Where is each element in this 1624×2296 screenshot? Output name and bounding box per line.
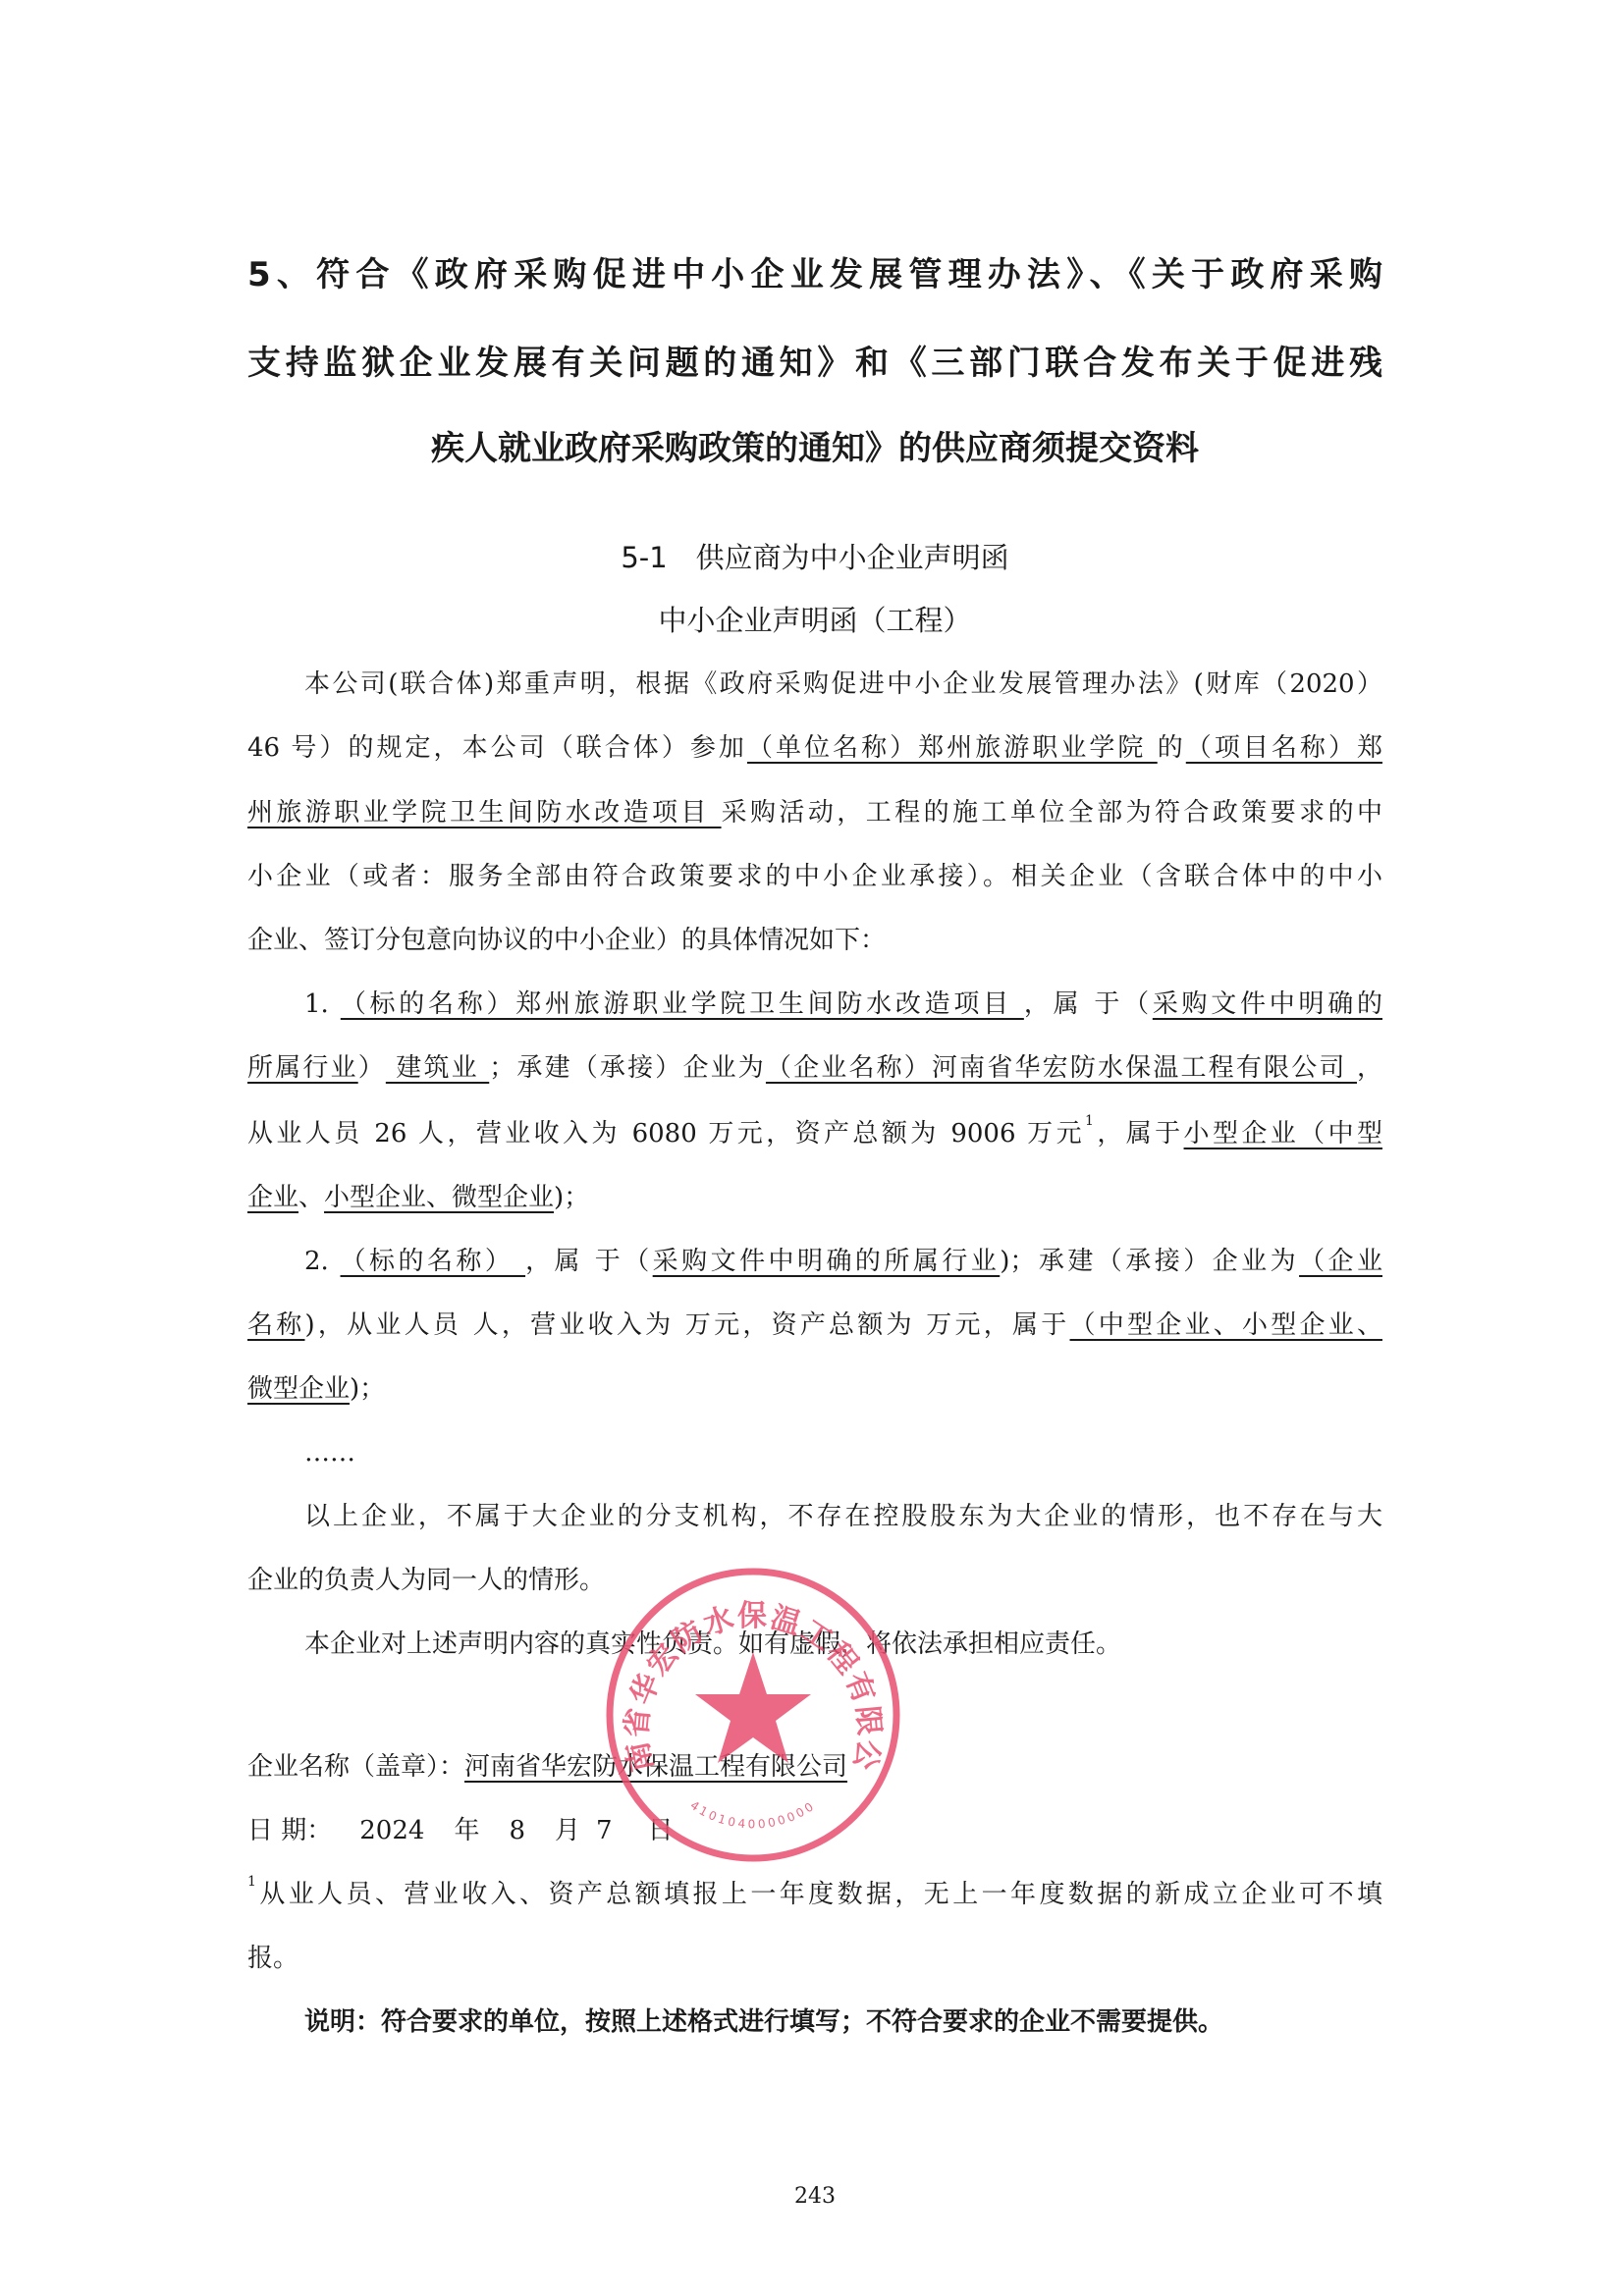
company-label: 企业名称（盖章）： — [247, 1752, 464, 1782]
text: )，从业人员 人，营业收入为 万元，资产总额为 万元，属于 — [305, 1310, 1070, 1340]
text: 、 — [298, 1183, 324, 1212]
section-title-line-2: 支持监狱企业发展有关问题的通知》和《三部门联合发布关于促进残 — [247, 339, 1382, 388]
unit-name-field: （单位名称）郑州旅游职业学院 — [747, 733, 1158, 763]
text: 采购活动，工程的施工单位全部为符合政策要求的中 — [722, 798, 1382, 828]
company-label-field: （企业名称） — [766, 1053, 932, 1083]
industry-field: 采购文件中明确的所属行业 — [653, 1247, 1001, 1276]
industry-field-cont: 所属行业 — [247, 1053, 358, 1083]
industry-field: 采购文件中明确的 — [1153, 989, 1382, 1019]
text: ，属 于（ — [525, 1247, 653, 1276]
text: ） — [358, 1053, 386, 1083]
text: )； — [350, 1374, 385, 1404]
intro-line-2: 46 号）的规定，本公司（联合体）参加（单位名称）郑州旅游职业学院 的（项目名称… — [247, 728, 1382, 768]
company-name-field: （企业 — [1299, 1247, 1382, 1276]
intro-line-4: 小企业（或者：服务全部由符合政策要求的中小企业承接）。相关企业（含联合体中的中小 — [247, 857, 1382, 896]
company-figures: 从业人员 26 人，营业收入为 6080 万元，资产总额为 9006 万元 — [247, 1119, 1085, 1148]
item-1-line-4: 企业、小型企业、微型企业)； — [247, 1178, 1382, 1217]
item-2-line-2: 名称)，从业人员 人，营业收入为 万元，资产总额为 万元，属于（中型企业、小型企… — [247, 1306, 1382, 1345]
date-label: 日 期： — [247, 1816, 332, 1845]
date-month: 8 — [509, 1816, 525, 1845]
subject-name-field: （标的名称） — [341, 1247, 526, 1276]
instruction-note: 说明：符合要求的单位，按照上述格式进行填写；不符合要求的企业不需要提供。 — [247, 2002, 1382, 2042]
ellipsis: …… — [247, 1433, 1382, 1472]
text: ， — [1357, 1053, 1382, 1083]
section-title-line-3: 疾人就业政府采购政策的通知》的供应商须提交资料 — [247, 424, 1382, 473]
text: 46 号）的规定，本公司（联合体）参加 — [247, 733, 747, 763]
subject-name-field: （标的名称）郑州旅游职业学院卫生间防水改造项目 — [341, 989, 1024, 1019]
page-number: 243 — [766, 2184, 864, 2209]
footnote-text: 从业人员、营业收入、资产总额填报上一年度数据，无上一年度数据的新成立企业可不填 — [256, 1880, 1382, 1909]
company-value: 河南省华宏防水保温工程有限公司 — [464, 1752, 847, 1782]
closing-line-1: 以上企业，不属于大企业的分支机构，不存在控股股东为大企业的情形，也不存在与大 — [247, 1497, 1382, 1536]
day-unit: 日 — [648, 1816, 674, 1845]
footnote-line-2: 报。 — [247, 1939, 1382, 1978]
enterprise-size-field-cont: 企业 — [247, 1183, 298, 1212]
item-2-line-3: 微型企业)； — [247, 1369, 1382, 1409]
footnote-line-1: 1从业人员、营业收入、资产总额填报上一年度数据，无上一年度数据的新成立企业可不填 — [247, 1875, 1382, 1914]
date-day: 7 — [596, 1816, 613, 1845]
item-2-line-1: 2. （标的名称） ，属 于（采购文件中明确的所属行业)；承建（承接）企业为（企… — [247, 1242, 1382, 1281]
signature-company: 企业名称（盖章）：河南省华宏防水保温工程有限公司 — [247, 1747, 1382, 1787]
month-unit: 月 — [555, 1816, 580, 1845]
intro-line-3: 州旅游职业学院卫生间防水改造项目 采购活动，工程的施工单位全部为符合政策要求的中 — [247, 793, 1382, 832]
item-1-line-1: 1. （标的名称）郑州旅游职业学院卫生间防水改造项目 ，属 于（采购文件中明确的 — [247, 985, 1382, 1024]
text: )；承建（承接）企业为 — [1000, 1247, 1299, 1276]
enterprise-size-field: （中型企业、小型企业、 — [1070, 1310, 1382, 1340]
project-name-field-cont: 州旅游职业学院卫生间防水改造项目 — [247, 798, 722, 828]
signature-date: 日 期：2024年8月7日 — [247, 1811, 1382, 1850]
item-number: 2. — [304, 1247, 341, 1276]
text: ；承建（承接）企业为 — [489, 1053, 766, 1083]
company-name-field-cont: 名称 — [247, 1310, 305, 1340]
enterprise-size-field: 小型企业（中型 — [1184, 1119, 1382, 1148]
date-year: 2024 — [359, 1816, 424, 1845]
item-number: 1. — [304, 989, 341, 1019]
industry-value: 建筑业 — [386, 1053, 489, 1083]
text: ，属于 — [1094, 1119, 1184, 1148]
project-name-field: （项目名称）郑 — [1186, 733, 1382, 763]
footnote-ref: 1 — [1085, 1113, 1094, 1129]
text: ，属 于（ — [1024, 989, 1153, 1019]
item-1-line-2: 所属行业） 建筑业 ；承建（承接）企业为（企业名称）河南省华宏防水保温工程有限公… — [247, 1048, 1382, 1088]
enterprise-size-options: 小型企业、微型企业 — [324, 1183, 554, 1212]
year-unit: 年 — [454, 1816, 479, 1845]
item-1-line-3: 从业人员 26 人，营业收入为 6080 万元，资产总额为 9006 万元1，属… — [247, 1114, 1382, 1153]
text: )； — [554, 1183, 589, 1212]
closing-line-3: 本企业对上述声明内容的真实性负责。如有虚假，将依法承担相应责任。 — [247, 1625, 1382, 1664]
intro-line-1: 本公司(联合体)郑重声明，根据《政府采购促进中小企业发展管理办法》(财库（202… — [247, 665, 1382, 704]
closing-line-2: 企业的负责人为同一人的情形。 — [247, 1561, 1382, 1600]
section-title-line-1: 5、符合《政府采购促进中小企业发展管理办法》、《关于政府采购 — [247, 250, 1382, 299]
sub-heading: 5-1 供应商为中小企业声明函 — [247, 538, 1382, 577]
intro-line-5: 企业、签订分包意向协议的中小企业）的具体情况如下： — [247, 921, 1382, 960]
text: 的 — [1158, 733, 1186, 763]
enterprise-size-field-cont: 微型企业 — [247, 1374, 350, 1404]
company-name-value: 河南省华宏防水保温工程有限公司 — [932, 1053, 1357, 1083]
document-heading: 中小企业声明函（工程） — [247, 601, 1382, 640]
footnote-marker: 1 — [247, 1874, 256, 1890]
